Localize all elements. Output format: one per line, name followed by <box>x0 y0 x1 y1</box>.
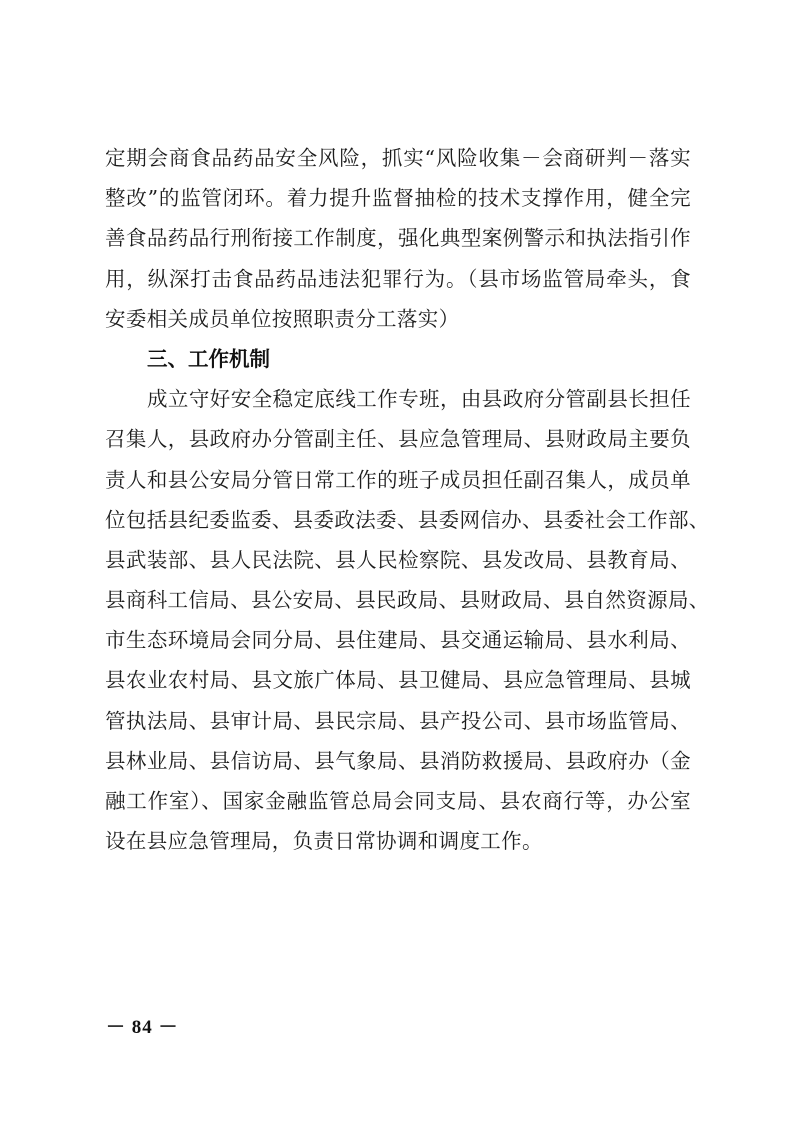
paragraph-line: 召集人，县政府办分管副主任、县应急管理局、县财政局主要负 <box>105 419 691 459</box>
paragraph-line: 市生态环境局会同分局、县住建局、县交通运输局、县水利局、 <box>105 620 691 660</box>
paragraph-line: 善食品药品行刑衔接工作制度，强化典型案例警示和执法指引作 <box>105 218 691 258</box>
continuation-paragraph: 定期会商食品药品安全风险，抓实“风险收集－会商研判－落实 整改”的监管闭环。着力… <box>105 138 695 339</box>
paragraph-line: 县农业农村局、县文旅广体局、县卫健局、县应急管理局、县城 <box>105 660 691 700</box>
paragraph-line: 县林业局、县信访局、县气象局、县消防救援局、县政府办（金 <box>105 741 691 781</box>
paragraph-line: 县商科工信局、县公安局、县民政局、县财政局、县自然资源局、 <box>105 580 691 620</box>
page-content: 定期会商食品药品安全风险，抓实“风险收集－会商研判－落实 整改”的监管闭环。着力… <box>105 138 695 861</box>
paragraph-line: 设在县应急管理局，负责日常协调和调度工作。 <box>105 821 695 861</box>
section-heading: 三、工作机制 <box>105 339 695 379</box>
mechanism-paragraph: 成立守好安全稳定底线工作专班，由县政府分管副县长担任 召集人，县政府办分管副主任… <box>105 379 695 861</box>
paragraph-line: 整改”的监管闭环。着力提升监督抽检的技术支撑作用，健全完 <box>105 178 691 218</box>
document-page: 定期会商食品药品安全风险，抓实“风险收集－会商研判－落实 整改”的监管闭环。着力… <box>0 0 793 1122</box>
paragraph-line: 县武装部、县人民法院、县人民检察院、县发改局、县教育局、 <box>105 540 691 580</box>
page-number: － 84 － <box>106 1012 179 1039</box>
paragraph-line: 安委相关成员单位按照职责分工落实） <box>105 299 695 339</box>
paragraph-line: 责人和县公安局分管日常工作的班子成员担任副召集人，成员单 <box>105 460 691 500</box>
paragraph-line: 管执法局、县审计局、县民宗局、县产投公司、县市场监管局、 <box>105 701 691 741</box>
paragraph-line: 成立守好安全稳定底线工作专班，由县政府分管副县长担任 <box>105 379 691 419</box>
paragraph-line: 用，纵深打击食品药品违法犯罪行为。（县市场监管局牵头，食 <box>105 259 691 299</box>
paragraph-line: 位包括县纪委监委、县委政法委、县委网信办、县委社会工作部、 <box>105 500 691 540</box>
paragraph-line: 融工作室）、国家金融监管总局会同支局、县农商行等，办公室 <box>105 781 691 821</box>
paragraph-line: 定期会商食品药品安全风险，抓实“风险收集－会商研判－落实 <box>105 138 691 178</box>
